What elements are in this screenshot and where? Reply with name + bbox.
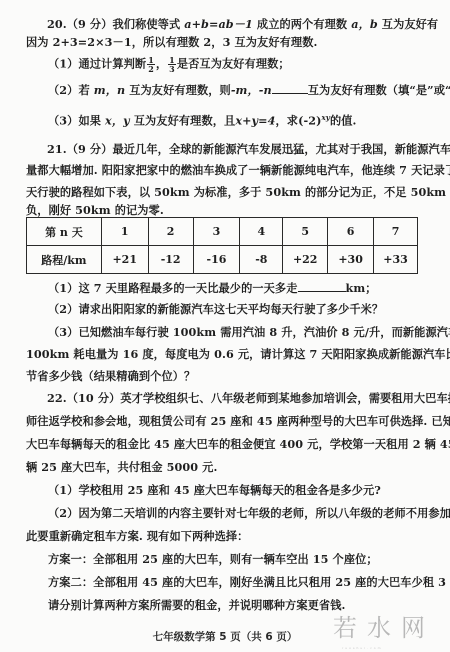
- table-cell-value: +30: [328, 246, 374, 274]
- fraction-one-half: 12: [147, 56, 155, 73]
- q21-part3-line2: 100km 耗电量为 16 度，每度电为 0.6 元，请计算这 7 天阳阳家换成…: [26, 347, 450, 361]
- q22-ask: 请分别计算两种方案所需要的租金，并说明哪种方案更省钱.: [48, 598, 345, 612]
- table-header-row: 第 n 天 1 2 3 4 5 6 7: [27, 218, 418, 246]
- mileage-table: 第 n 天 1 2 3 4 5 6 7 路程/km +21 -12 -16 -8…: [26, 217, 418, 274]
- q20-p1-prefix: （1）通过计算判断: [48, 57, 146, 71]
- q20-line1: 20.（9 分）我们称使等式 a+b=ab－1 成立的两个有理数 a，b 互为友…: [47, 17, 438, 31]
- table-cell-day: 5: [283, 218, 328, 246]
- answer-blank: [272, 82, 308, 94]
- q22-part1: （1）学校租用 25 座和 45 座大巴车每辆每天的租金各是多少元?: [48, 483, 381, 497]
- table-cell-value: +21: [101, 246, 148, 274]
- q20-equation: a+b=ab－1: [184, 17, 253, 31]
- frac-den: 3: [168, 65, 176, 73]
- q21-line3: 天行驶的路程如下表，以 50km 为标准，多于 50km 的部分记为正，不足 5…: [26, 185, 450, 199]
- q21-part1: （1）这 7 天里路程最多的一天比最少的一天多走km；: [48, 280, 377, 295]
- q22-part2-line1: （2）因为第二天培训的内容主要针对七年级的老师，所以八年级的老师不用参加，因: [48, 506, 450, 520]
- q20-p2-neg: -m，-n: [231, 83, 272, 97]
- q22-plan2: 方案二：全部租用 45 座的大巴车，刚好坐满且比只租用 25 座的大巴车少租 3…: [48, 575, 450, 589]
- q20-part2: （2）若 m，n 互为友好有理数，则-m，-n互为友好有理数（填“是”或“不: [48, 82, 450, 97]
- q20-p3-vars: x，y: [105, 114, 130, 128]
- table-cell-day: 3: [193, 218, 240, 246]
- q20-p1-suffix: 是否互为友好有理数；: [177, 57, 290, 71]
- q22-line1: 22.（10 分）英才学校组织七、八年级老师到某地参加培训会，需要租用大巴车接送…: [47, 391, 450, 405]
- table-header-label: 第 n 天: [27, 218, 102, 246]
- table-cell-day: 1: [101, 218, 148, 246]
- q21-p1-suffix: km；: [346, 281, 377, 295]
- q20-line2: 因为 2+3=2×3－1，所以有理数 2，3 互为友好有理数.: [26, 35, 317, 49]
- q20-p3-eq: x+y=4: [235, 114, 275, 128]
- q20-vars: a，b: [351, 17, 378, 31]
- q20-header: 20.（9 分）我们称使等式: [47, 17, 180, 31]
- q20-p2-prefix: （2）若: [48, 83, 90, 97]
- table-cell-value: +22: [283, 246, 328, 274]
- q20-p3-suffix: 的值.: [330, 114, 357, 128]
- q21-line2: 量都大幅增加. 阳阳家把家中的燃油车换成了一辆新能源纯电汽车，他连续 7 天记录…: [26, 163, 450, 177]
- table-cell-day: 7: [374, 218, 418, 246]
- q21-line4: 负，刚好 50km 的记为零.: [26, 203, 164, 217]
- q22-part2-line2: 此要重新确定租车方案. 现有如下两种选择：: [26, 529, 248, 543]
- q20-p3-exp: xy: [322, 113, 330, 122]
- q21-line1: 21.（9 分）最近几年，全球的新能源汽车发展迅猛，尤其对于我国，新能源汽车产: [47, 142, 450, 156]
- q22-line3: 大巴车每辆每天的租金比 45 座大巴车的租金便宜 400 元，学校第一天租用 2…: [26, 437, 450, 451]
- table-cell-day: 4: [240, 218, 283, 246]
- table-cell-value: -8: [240, 246, 283, 274]
- table-row-label: 路程/km: [27, 246, 102, 274]
- q21-p1-prefix: （1）这 7 天里路程最多的一天比最少的一天多走: [48, 281, 298, 295]
- q20-p3-prefix: （3）如果: [48, 114, 101, 128]
- exam-page: 20.（9 分）我们称使等式 a+b=ab－1 成立的两个有理数 a，b 互为友…: [0, 0, 450, 652]
- q21-part2: （2）请求出阳阳家的新能源汽车这七天平均每天行驶了多少千米？: [48, 302, 383, 316]
- q20-p2-suffix: 互为友好有理数（填“是”或“不: [308, 83, 450, 97]
- q22-line2: 师往返学校和参会地，现租赁公司有 25 座和 45 座两种型号的大巴车可供选择.…: [26, 414, 450, 428]
- fraction-one-third: 13: [168, 56, 176, 73]
- q20-p3-sep: ，求: [276, 114, 299, 128]
- q20-part3: （3）如果 x，y 互为友好有理数，且x+y=4，求(-2)xy的值.: [48, 111, 357, 128]
- q22-line4: 辆 25 座大巴车，共付租金 5000 元.: [26, 460, 217, 474]
- q21-part3-line1: （3）已知燃油车每行驶 100km 需用汽油 8 升，汽油价 8 元/升，而新能…: [48, 325, 450, 339]
- q21-part3-line3: 节省多少钱（结果精确到个位）？: [26, 369, 195, 383]
- frac-den: 2: [147, 65, 155, 73]
- table-cell-value: +33: [374, 246, 418, 274]
- q22-plan1: 方案一：全部租用 25 座的大巴车，则有一辆车空出 15 个座位；: [48, 552, 378, 566]
- page-footer: 七年级数学第 5 页（共 6 页）: [0, 629, 450, 644]
- table-cell-value: -12: [148, 246, 193, 274]
- q20-part1: （1）通过计算判断12，13是否互为友好有理数；: [48, 56, 290, 73]
- table-cell-value: -16: [193, 246, 240, 274]
- q20-p3-mid: 互为友好有理数，且: [134, 114, 236, 128]
- watermark-subtext: ruoshui.com: [342, 646, 383, 650]
- table-cell-day: 2: [148, 218, 193, 246]
- q20-p1-sep: ，: [156, 57, 167, 71]
- answer-blank: [298, 280, 346, 292]
- table-row: 路程/km +21 -12 -16 -8 +22 +30 +33: [27, 246, 418, 274]
- q20-header-rest: 成立的两个有理数: [257, 17, 347, 31]
- q20-p2-mid: 互为友好有理数，则: [129, 83, 231, 97]
- q20-p2-vars: m，n: [94, 83, 125, 97]
- q20-p3-base: (-2): [298, 114, 321, 128]
- table-cell-day: 6: [328, 218, 374, 246]
- q20-header-tail: 互为友好有: [382, 17, 438, 31]
